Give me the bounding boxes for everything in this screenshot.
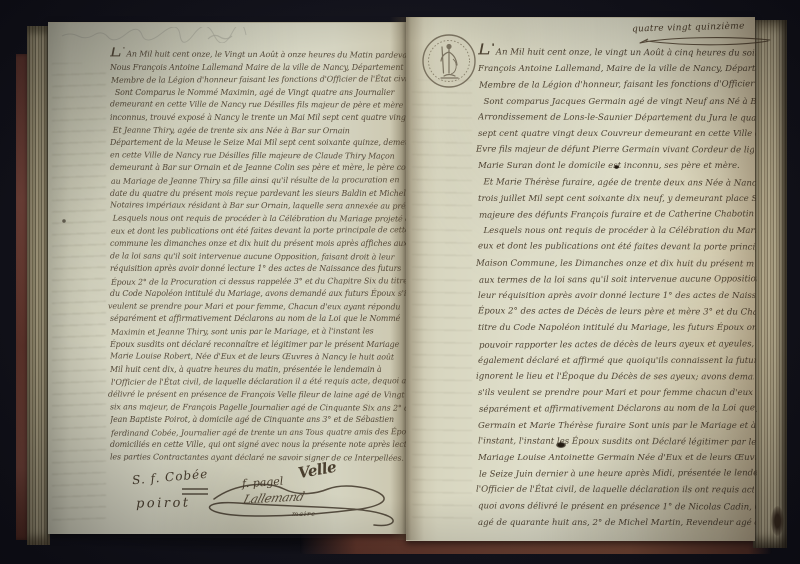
right-page: quatre vingt quinzième L'An Mil huit cen…	[406, 17, 755, 541]
manuscript-line: Lesquels nous ont requis de procéder à l…	[478, 223, 756, 239]
manuscript-line: Époux susdits ont déclaré reconnaître et…	[110, 339, 408, 352]
manuscript-line: l'instant, l'instant les Époux susdits o…	[478, 433, 756, 450]
pencil-inscription	[58, 27, 268, 43]
manuscript-line: veulent se prendre pour Mari et pour fem…	[108, 300, 406, 313]
manuscript-line: du Code Napoléon intitulé du Mariage, av…	[110, 288, 408, 301]
manuscript-line: également déclaré et affirmé que quoiqu'…	[478, 353, 756, 369]
ink-blot	[62, 219, 66, 223]
manuscript-line: Membre de la Légion d'honneur, faisant l…	[479, 77, 757, 95]
manuscript-line: Maximin et Jeanne Thiry, sont unis par l…	[111, 325, 409, 339]
manuscript-line: ignorent le lieu et l'Époque du Décès de…	[476, 369, 754, 386]
manuscript-line: Département de la Meuse le Seize Mai Mil…	[110, 137, 408, 150]
manuscript-line: réquisition après avoir donné lecture 1°…	[110, 263, 408, 276]
manuscript-line: Evre fils majeur de défunt Pierre Germai…	[476, 142, 754, 159]
manuscript-line: pouvoir rapporter les actes de décès de …	[479, 336, 757, 354]
page-stack-left-edge	[27, 26, 50, 545]
manuscript-line: délivré le présent en présence de Franço…	[108, 389, 406, 402]
ink-showthrough-left-margin	[52, 63, 106, 523]
manuscript-line: au Mariage de Jeanne Thiry sa fille ains…	[111, 174, 409, 188]
left-page-text: L'An Mil huit cent onze, le Vingt un Aoû…	[110, 48, 408, 465]
manuscript-line: de la loi sans qu'il soit intervenue auc…	[110, 250, 408, 264]
manuscript-line: quoi avons délivré le présent en présenc…	[478, 498, 756, 515]
manuscript-line: Marie Louise Robert, Née d'Eux et de leu…	[110, 351, 408, 365]
manuscript-line: les parties Contractantes ayant déclaré …	[110, 451, 408, 465]
ink-blot	[556, 442, 566, 448]
manuscript-line: Mariage Louise Antoinette Germain Née d'…	[478, 450, 756, 466]
manuscript-line: eux et dont les publications ont été fai…	[111, 225, 409, 239]
manuscript-line: l'Officier de l'État civil, de laquelle …	[111, 376, 409, 390]
manuscript-line: Jean Baptiste Poirot, à domicile agé de …	[110, 414, 408, 427]
manuscript-line: sept cent quatre vingt deux Couvreur dem…	[478, 126, 756, 142]
manuscript-line: le Seize Juin dernier à une heure après …	[479, 466, 757, 484]
manuscript-line: leur réquisition après avoir donné lectu…	[478, 288, 756, 304]
manuscript-line: titre du Code Napoléon intitulé du Maria…	[478, 320, 756, 336]
manuscript-line: Sont comparus Jacques Germain agé de vin…	[478, 94, 756, 110]
manuscript-line: séparément et affirmativement Déclarons …	[479, 401, 757, 419]
manuscript-line: Nous François Antoine Lallemand Maire de…	[110, 62, 408, 75]
photograph-background: L'An Mil huit cent onze, le Vingt un Aoû…	[0, 0, 800, 564]
manuscript-line: aux termes de la loi sans qu'il soit int…	[479, 271, 757, 289]
manuscript-line: ferdinand Cobée, Journalier agé de trent…	[111, 426, 409, 440]
manuscript-line: inconnus, trouvé exposé à Nancy le trent…	[110, 112, 408, 125]
manuscript-line: demeurant en cette Ville de Nancy rue Dé…	[110, 99, 408, 113]
right-page-text: L'An Mil huit cent onze, le vingt un Aoû…	[478, 44, 756, 531]
manuscript-line: en cette Ville de Nancy rue Désilles fil…	[110, 149, 408, 163]
manuscript-line: commune les dimanches onze et dix huit d…	[110, 238, 408, 251]
manuscript-line: Maison Commune, les Dimanches onze et di…	[476, 255, 754, 272]
page-number-annotation: quatre vingt quinzième	[632, 22, 745, 35]
manuscript-line: l'Officier de l'État civil, de laquelle …	[476, 482, 754, 499]
manuscript-line: Et Jeanne Thiry, agée de trente six ans …	[108, 124, 406, 137]
fore-edge-damage-spot	[771, 506, 784, 536]
manuscript-line: Notaires impériaux résidant à Bar sur Or…	[110, 199, 408, 213]
manuscript-line: Et Marie Thérèse furaire, agée de trente…	[478, 174, 756, 191]
ink-showthrough-right-margin	[412, 80, 472, 520]
stamp-seal-icon	[420, 33, 480, 91]
manuscript-line: demeurant à Bar sur Ornain et de Jeanne …	[110, 162, 408, 175]
manuscript-line: Germain et Marie Thérèse furaire Sont un…	[478, 418, 756, 434]
manuscript-line: six ans majeur, de François Pagelle Jour…	[110, 401, 408, 415]
manuscript-line: L'An Mil huit cent onze, le Vingt un Aoû…	[110, 47, 408, 62]
manuscript-line: Époux 2° de la Procuration ci dessus rap…	[111, 275, 409, 289]
manuscript-line: s'ils veulent se prendre pour Mari et po…	[478, 385, 756, 401]
manuscript-line: trois juillet Mil sept cent soixante dix…	[478, 191, 756, 207]
manuscript-line: eux et dont les publications ont été fai…	[478, 239, 756, 256]
manuscript-line: L'An Mil huit cent onze, le vingt un Aoû…	[478, 43, 756, 61]
manuscript-line: Arrondissement de Lons-le-Saunier Départ…	[478, 109, 756, 126]
manuscript-line: Sont Comparus le Nommé Maximin, agé de V…	[110, 87, 408, 100]
manuscript-line: François Antoine Lallemand, Maire de la …	[478, 61, 756, 77]
manuscript-line: date du quatre du présent mois reçue par…	[110, 188, 408, 201]
page-stack-fore-edge	[753, 20, 787, 548]
manuscript-line: Époux 2° des actes de Décès de leurs pèr…	[478, 304, 756, 321]
signature-flourish-icon	[176, 475, 408, 533]
ink-blot	[614, 165, 619, 169]
manuscript-line: domiciliés en cette Ville, qui ont signé…	[110, 439, 408, 452]
manuscript-line: agé de quarante huit ans, 2° de Michel M…	[478, 515, 756, 531]
manuscript-line: séparément et affirmativement Déclarons …	[110, 313, 408, 326]
manuscript-line: majeure des défunts François furaire et …	[479, 206, 757, 224]
left-page: L'An Mil huit cent onze, le Vingt un Aoû…	[48, 22, 406, 534]
manuscript-line: Membre de la Légion d'honneur faisant le…	[111, 73, 409, 87]
